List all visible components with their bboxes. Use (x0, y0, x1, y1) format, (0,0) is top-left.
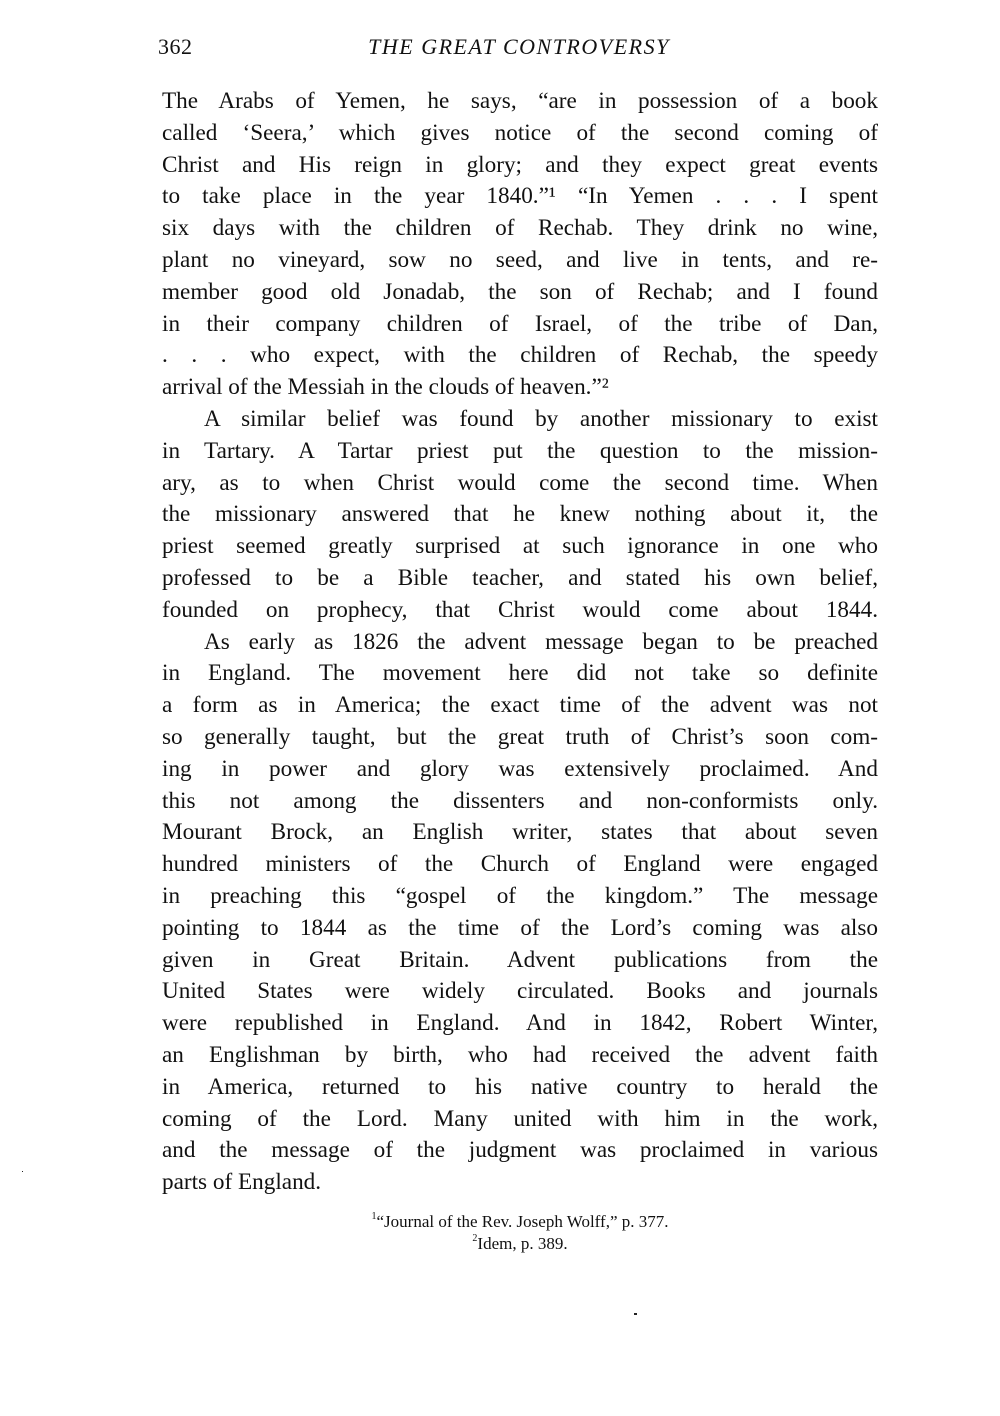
text-line: The Arabs of Yemen, he says, “are in pos… (162, 86, 878, 118)
footnote-2: 2Idem, p. 389. (160, 1233, 880, 1255)
text-line: given in Great Britain. Advent publicati… (162, 945, 878, 977)
text-line: As early as 1826 the advent message bega… (162, 627, 878, 659)
book-page: 362 THE GREAT CONTROVERSY The Arabs of Y… (0, 0, 1000, 1416)
text-line: professed to be a Bible teacher, and sta… (162, 563, 878, 595)
text-line: coming of the Lord. Many united with him… (162, 1104, 878, 1136)
body-text: The Arabs of Yemen, he says, “are in pos… (162, 86, 878, 1199)
text-line: an Englishman by birth, who had received… (162, 1040, 878, 1072)
paragraph-2: A similar belief was found by another mi… (162, 404, 878, 627)
text-line: a form as in America; the exact time of … (162, 690, 878, 722)
text-line: in their company children of Israel, of … (162, 309, 878, 341)
text-line: to take place in the year 1840.”¹ “In Ye… (162, 181, 878, 213)
text-line: in America, returned to his native count… (162, 1072, 878, 1104)
footnote-text: Idem, p. 389. (477, 1234, 567, 1253)
text-line: in Tartary. A Tartar priest put the ques… (162, 436, 878, 468)
text-line: were republished in England. And in 1842… (162, 1008, 878, 1040)
text-line: member good old Jonadab, the son of Rech… (162, 277, 878, 309)
text-line: this not among the dissenters and non-co… (162, 786, 878, 818)
text-line: the missionary answered that he knew not… (162, 499, 878, 531)
paragraph-3: As early as 1826 the advent message bega… (162, 627, 878, 1199)
footnote-1: 1“Journal of the Rev. Joseph Wolff,” p. … (160, 1211, 880, 1233)
scan-speck (22, 1171, 23, 1172)
text-line: . . . who expect, with the children of R… (162, 340, 878, 372)
text-line: priest seemed greatly surprised at such … (162, 531, 878, 563)
text-line: in England. The movement here did not ta… (162, 658, 878, 690)
running-head: 362 THE GREAT CONTROVERSY (158, 34, 880, 64)
text-line: so generally taught, but the great truth… (162, 722, 878, 754)
text-line: called ‘Seera,’ which gives notice of th… (162, 118, 878, 150)
text-line: in preaching this “gospel of the kingdom… (162, 881, 878, 913)
footnotes: 1“Journal of the Rev. Joseph Wolff,” p. … (160, 1211, 880, 1255)
running-title: THE GREAT CONTROVERSY (158, 34, 880, 60)
text-line: and the message of the judgment was proc… (162, 1135, 878, 1167)
text-line: Mourant Brock, an English writer, states… (162, 817, 878, 849)
text-line: Christ and His reign in glory; and they … (162, 150, 878, 182)
text-line: parts of England. (162, 1167, 878, 1199)
text-line: plant no vineyard, sow no seed, and live… (162, 245, 878, 277)
text-line: United States were widely circulated. Bo… (162, 976, 878, 1008)
text-line: arrival of the Messiah in the clouds of … (162, 372, 878, 404)
footnote-text: “Journal of the Rev. Joseph Wolff,” p. 3… (377, 1212, 669, 1231)
text-line: hundred ministers of the Church of Engla… (162, 849, 878, 881)
scan-speck (634, 1313, 637, 1315)
text-line: founded on prophecy, that Christ would c… (162, 595, 878, 627)
text-line: pointing to 1844 as the time of the Lord… (162, 913, 878, 945)
text-line: ary, as to when Christ would come the se… (162, 468, 878, 500)
text-line: A similar belief was found by another mi… (162, 404, 878, 436)
text-line: ing in power and glory was extensively p… (162, 754, 878, 786)
text-line: six days with the children of Rechab. Th… (162, 213, 878, 245)
paragraph-1: The Arabs of Yemen, he says, “are in pos… (162, 86, 878, 404)
